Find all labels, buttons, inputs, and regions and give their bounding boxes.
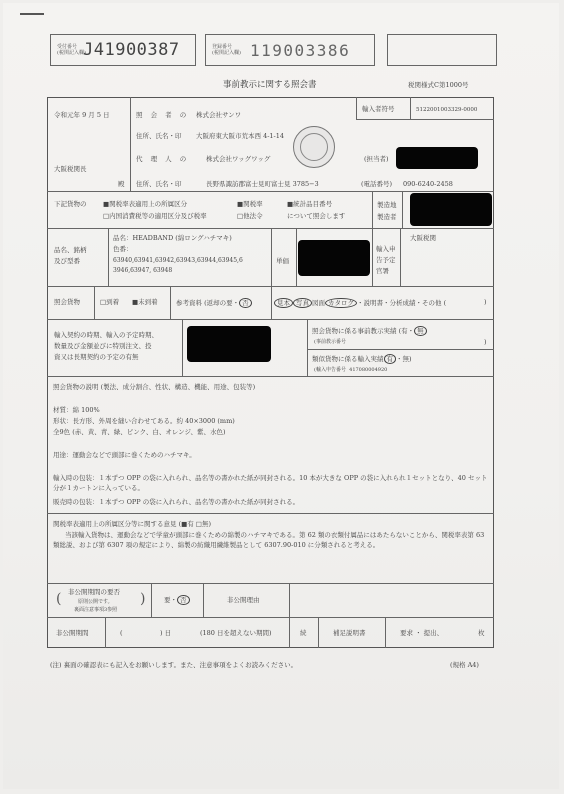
- contract-label-2: 数量及び金額並びに特別注文、投: [54, 342, 152, 350]
- company-seal-stamp: [293, 126, 335, 168]
- sheets-label: 枚: [478, 629, 485, 637]
- unit-price-label: 単価: [276, 257, 289, 265]
- footer-note: (注) 裏面の確認表にも記入をお願いします。また、注意事項をよくお読みください。: [50, 660, 297, 669]
- manufacturer-label-2: 製造者: [377, 213, 397, 221]
- goods-label-2: 及び型番: [54, 257, 80, 265]
- rule: [47, 513, 494, 514]
- rule: [94, 286, 95, 319]
- references-label: 参考資料 (返却の要・否: [176, 298, 252, 308]
- rule: [182, 319, 183, 376]
- not-arrived-option: ■未到着: [132, 298, 158, 306]
- arrived-option: □到着: [100, 298, 119, 306]
- rule: [47, 617, 494, 618]
- importer-code: 5122001003329-0000: [416, 106, 477, 114]
- nondisclosure-label: 非公開期間の要否: [68, 588, 120, 596]
- agent-address-label: 住所、氏名・印: [136, 180, 182, 188]
- product-name: 品名：HEADBAND (綿ロングハチマキ): [113, 234, 232, 242]
- circled-not-required: 否: [177, 595, 190, 605]
- goods-label-1: 品名、銘柄: [54, 246, 87, 254]
- contract-label-3: 資又は長期契約の予定の有無: [54, 353, 139, 361]
- rule: [271, 228, 272, 286]
- period-label: 非公開期間: [56, 629, 89, 637]
- agent-name: 株式会社ワッグワッグ: [206, 155, 270, 163]
- prior-ruling-label: 照会貨物に係る事前教示実績 (有・無: [312, 326, 427, 336]
- continued-label: 続: [300, 629, 307, 637]
- contact-label: (担当者): [364, 155, 389, 163]
- rule: [47, 191, 494, 192]
- prior-ruling-number-close: ): [484, 338, 487, 346]
- use: 用途：運動会などで頭部に巻くためのハチマキ。: [53, 451, 196, 459]
- circled-catalog: カタログ: [325, 298, 357, 308]
- inquirer-address-label: 住所、氏名・印: [136, 132, 182, 140]
- period-limit: (180 日を超えない期間): [200, 629, 272, 637]
- customs-office-label-2: 告予定: [376, 256, 396, 264]
- circled-none: 無: [414, 326, 427, 336]
- scope-option-duty-rate: ■関税率: [237, 200, 263, 208]
- rule: [271, 286, 272, 319]
- shape: 形状：長方形、外周を縫い合わせてある。約 40×3000 (mm): [53, 417, 235, 425]
- rule: [203, 583, 204, 617]
- color-label: 色番：: [113, 245, 133, 253]
- rule: [170, 286, 171, 319]
- receipt-number: J41900387: [83, 40, 180, 60]
- opinion-heading: 関税率表適用上の所属区分等に関する意見 (■有 □無): [53, 520, 211, 528]
- agent-label: 代 理 人 の: [136, 155, 189, 163]
- import-packaging: 輸入時の包装：１本ずつ OPP の袋に入れられ、品名等の書かれた紙が同封される。…: [53, 474, 489, 493]
- scope-option-other-laws: □他法令: [237, 212, 263, 220]
- rule: [108, 228, 109, 286]
- rule: [130, 97, 131, 191]
- phone-number: 090-6240-2458: [403, 180, 453, 188]
- redacted-contact-name: [396, 147, 478, 169]
- reason-label: 非公開理由: [227, 596, 260, 604]
- rule: [372, 191, 373, 286]
- document-title: 事前教示に関する照会書: [223, 78, 317, 90]
- rule: [47, 376, 494, 377]
- rule: [318, 617, 319, 648]
- phone-label: (電話番号): [361, 180, 392, 188]
- opinion-text: 当該輸入貨物は、運動会などで学童が頭部に巻くための綿製のハチマキである。第 62…: [53, 531, 489, 550]
- rule: [356, 97, 357, 119]
- description-heading: 照会貨物の説明 (製法、成分割合、性状、構造、機能、用途、包装等): [53, 383, 255, 391]
- similar-import-label: 類似貨物に係る輸入実績有・無): [312, 354, 412, 364]
- addressee-suffix: 殿: [118, 180, 125, 188]
- manufacturer-label-1: 製造地: [377, 201, 397, 209]
- drawing: 図面: [312, 299, 325, 307]
- references-items: 見本写真図面カタログ・説明書・分析成績・その他 (: [274, 298, 446, 308]
- addressee: 大阪税関長: [54, 165, 87, 173]
- receipt-number-box: 受付番号(税関記入欄) J41900387: [50, 34, 196, 66]
- blank-number-box: [387, 34, 497, 66]
- period-close: ) 日: [160, 629, 171, 637]
- inquirer-name: 株式会社サンワ: [196, 111, 241, 119]
- customs-office: 大阪税関: [410, 234, 436, 242]
- references-close: ): [484, 298, 487, 306]
- scope-option-statistical-code: ■統計品目番号: [287, 200, 332, 208]
- circled-yes: 有: [384, 354, 397, 364]
- supplement-options: 要求 ・ 提出、: [400, 629, 443, 637]
- rule: [47, 319, 494, 320]
- form-number: 税関様式C第1000号: [408, 80, 469, 89]
- rule: [356, 119, 494, 120]
- rule: [385, 617, 386, 648]
- colors: 全9色 (赤、黄、青、緑、ピンク、白、オレンジ、紫、水色): [53, 428, 226, 436]
- rule: [296, 228, 297, 286]
- inquirer-address: 大阪府東大阪市荒本西 4-1-14: [196, 132, 284, 140]
- rule: [289, 583, 290, 617]
- circled-return-no: 否: [239, 298, 252, 308]
- importer-code-label: 輸入者符号: [362, 105, 395, 113]
- scope-trailer: について照会します: [287, 212, 345, 220]
- scan-edge-mark: [20, 13, 44, 15]
- bracket-open: (: [56, 595, 61, 603]
- bracket-close: ): [140, 595, 145, 603]
- goods-status-label: 照会貨物: [54, 298, 80, 306]
- nondisclosure-note-1: 原則公開です。: [78, 599, 113, 605]
- paper-size: (規格 A4): [450, 660, 479, 669]
- contract-label-1: 輸入契約の時期、輸入の予定時期、: [54, 331, 158, 339]
- rule: [410, 97, 411, 119]
- rule: [400, 228, 401, 286]
- receipt-number-label: 受付番号(税関記入欄): [57, 44, 86, 56]
- scope-option-tariff-class: ■関税率表適用上の所属区分: [103, 200, 187, 208]
- circled-photo: 写真: [293, 298, 312, 308]
- scope-lead: 下記貨物の: [54, 200, 87, 208]
- period-open: (: [120, 629, 123, 637]
- prior-ruling-number-label: (事前教示番号: [314, 339, 346, 345]
- supplement-label: 補足説明書: [333, 629, 366, 637]
- rule: [47, 583, 494, 584]
- rule: [307, 349, 494, 350]
- retail-packaging: 販売時の包装：１本ずつ OPP の袋に入れられ、品名等の書かれた紙が同封される。: [53, 498, 299, 506]
- redacted-contract-info: [187, 326, 271, 362]
- customs-office-label-1: 輸入申: [376, 245, 396, 253]
- customs-office-label-3: 官署: [376, 267, 389, 275]
- nondisclosure-note-2: 裏面注意事項3参照: [74, 607, 117, 613]
- color-codes-line-2: 3946,63947, 63948: [113, 267, 172, 275]
- rule: [307, 319, 308, 376]
- registration-number: 119003386: [250, 41, 350, 60]
- rule: [402, 191, 403, 228]
- agent-address: 長野県諏訪郡富士見町富士見 3785−3: [206, 180, 319, 188]
- import-declaration-label: (輸入申告番号 417080004920: [314, 367, 387, 373]
- registration-number-box: 登録番号(税関記入欄) 119003386: [205, 34, 375, 66]
- rule: [151, 583, 152, 617]
- inquiry-date: 令和元年 9 月 5 日: [54, 111, 110, 119]
- color-codes-line-1: 63940,63941,63942,63943,63944,63945,6: [113, 257, 243, 265]
- material: 材質：綿 100%: [53, 406, 100, 414]
- rule: [105, 617, 106, 648]
- rule: [289, 617, 290, 648]
- redacted-manufacturer: [410, 193, 492, 226]
- redacted-unit-price: [298, 240, 370, 276]
- registration-number-label: 登録番号(税関記入欄): [212, 44, 241, 56]
- bleed-through-text: [396, 41, 406, 59]
- inquirer-label: 照 会 者 の: [136, 111, 189, 119]
- scope-option-consumption-tax: □内国消費税等の適用区分及び税率: [103, 212, 207, 220]
- circled-sample: 見本: [274, 298, 293, 308]
- required-option: 要・否: [164, 595, 190, 605]
